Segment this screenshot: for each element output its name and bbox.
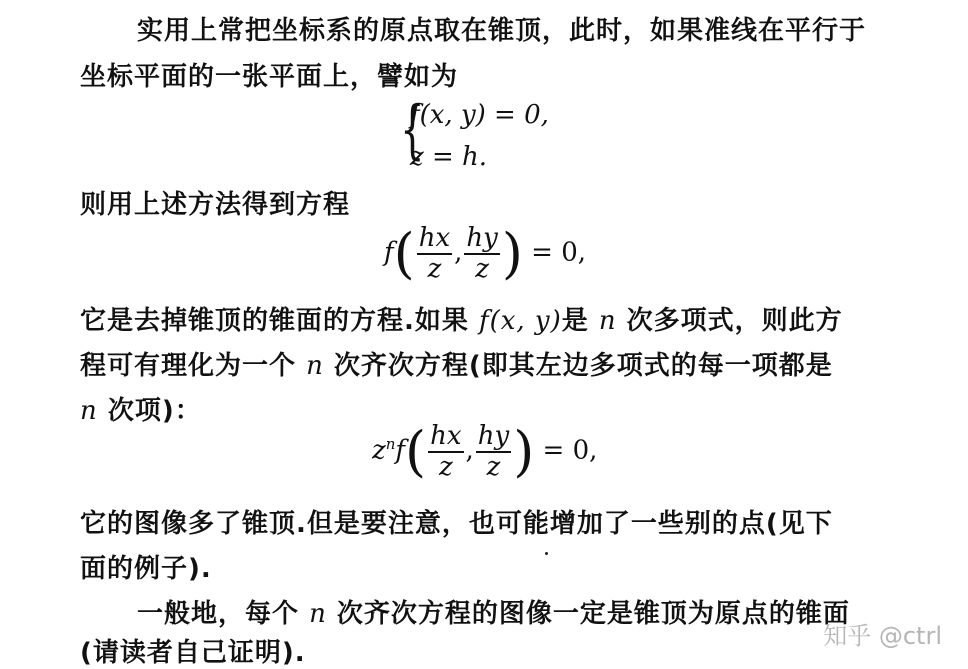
math-n: n bbox=[80, 396, 98, 426]
math-n: n bbox=[599, 306, 617, 336]
text: 次齐次方程(即其左边多项式的每一项都是 bbox=[334, 351, 833, 381]
stray-dot bbox=[545, 552, 548, 555]
math-n: n bbox=[306, 351, 324, 381]
comma: , bbox=[466, 436, 474, 466]
exponent-n: n bbox=[386, 435, 396, 453]
fraction-num-1: hx bbox=[428, 422, 463, 453]
f-symbol: f bbox=[395, 436, 405, 466]
paragraph-3-line-2: 程可有理化为一个 n 次齐次方程(即其左边多项式的每一项都是 bbox=[80, 345, 833, 382]
equation-zn: znf(hxz,hyz) = 0, bbox=[372, 420, 597, 483]
paragraph-1-line-2: 坐标平面的一张平面上，譬如为 bbox=[80, 56, 458, 93]
paragraph-5-line-2: (请读者自己证明). bbox=[80, 632, 306, 669]
comma: , bbox=[454, 238, 462, 268]
paragraph-4-line-2: 面的例子). bbox=[80, 548, 212, 585]
z-symbol: z bbox=[372, 436, 386, 466]
fraction-num-1: hx bbox=[417, 224, 452, 255]
text: 次齐次方程的图像一定是锥顶为原点的锥面 bbox=[337, 599, 850, 629]
paragraph-1-line-1: 实用上常把坐标系的原点取在锥顶，此时，如果准线在平行于 bbox=[137, 10, 866, 47]
text: 它是去掉锥顶的锥面的方程.如果 bbox=[80, 306, 469, 336]
fraction-den-2: z bbox=[476, 453, 511, 482]
system-eq-2: z = h. bbox=[410, 142, 487, 172]
fraction-den-2: z bbox=[464, 255, 499, 284]
paragraph-2: 则用上述方法得到方程 bbox=[80, 184, 350, 221]
paragraph-5-line-1: 一般地，每个 n 次齐次方程的图像一定是锥顶为原点的锥面 bbox=[137, 593, 850, 630]
math-n: n bbox=[309, 599, 327, 629]
paragraph-4-line-1: 它的图像多了锥顶.但是要注意，也可能增加了一些别的点(见下 bbox=[80, 503, 833, 540]
fraction-den-1: z bbox=[428, 453, 463, 482]
watermark: 知乎 @ctrl bbox=[823, 616, 942, 651]
rhs: = 0, bbox=[531, 238, 586, 268]
equation-f: f(hxz,hyz) = 0, bbox=[384, 222, 586, 285]
paragraph-3-line-3: n 次项)： bbox=[80, 390, 202, 427]
fraction-num-2: hy bbox=[464, 224, 499, 255]
math-f: f(x, y) bbox=[479, 306, 562, 336]
text: 次多项式，则此方 bbox=[627, 306, 843, 336]
f-symbol: f bbox=[384, 238, 394, 268]
text: 一般地，每个 bbox=[137, 599, 299, 629]
fraction-den-1: z bbox=[417, 255, 452, 284]
paragraph-3-line-1: 它是去掉锥顶的锥面的方程.如果 f(x, y)是 n 次多项式，则此方 bbox=[80, 300, 843, 337]
text: 次项)： bbox=[108, 396, 202, 426]
rhs: = 0, bbox=[543, 436, 598, 466]
text: 程可有理化为一个 bbox=[80, 351, 296, 381]
fraction-num-2: hy bbox=[476, 422, 511, 453]
system-eq-1: f(x, y) = 0, bbox=[410, 100, 549, 130]
text: 是 bbox=[562, 306, 589, 336]
